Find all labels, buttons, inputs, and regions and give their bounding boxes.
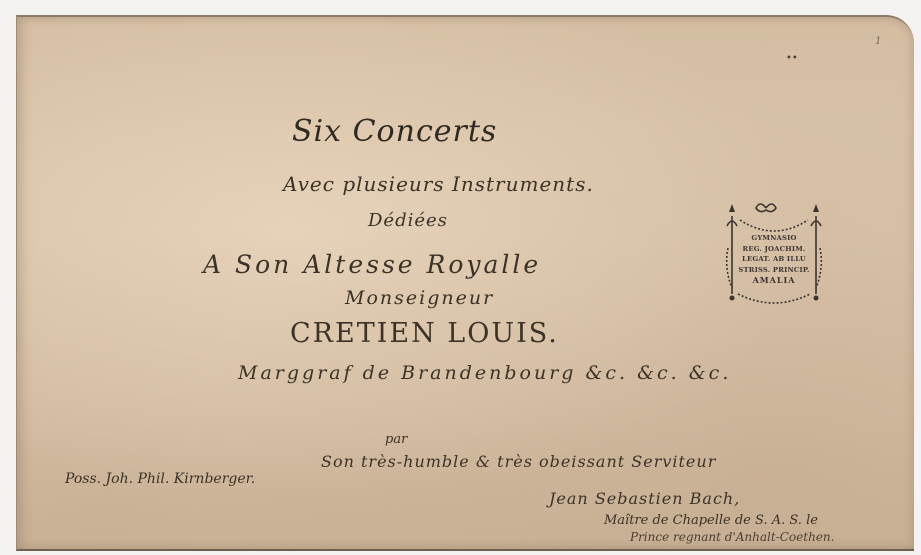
stamp-line: GYMNASIO [738, 233, 810, 244]
library-stamp: GYMNASIO REG. JOACHIM. LEGAT. AB ILLU ST… [718, 198, 830, 310]
stamp-text: GYMNASIO REG. JOACHIM. LEGAT. AB ILLU ST… [738, 233, 810, 286]
par-word: par [385, 432, 407, 447]
title-line: Six Concerts [292, 114, 497, 149]
signature-title-1: Maître de Chapelle de S. A. S. le [604, 513, 818, 528]
signature-title-2: Prince regnant d'Anhalt-Coethen. [630, 530, 834, 544]
address-line: A Son Altesse Royalle [203, 250, 541, 279]
folio-number: 1 [875, 36, 881, 47]
composer-signature: Jean Sebastien Bach, [549, 489, 740, 508]
servant-line: Son très-humble & très obeissant Servite… [321, 452, 716, 471]
stamp-line: AMALIA [738, 275, 810, 286]
dedicatee-name: CRETIEN LOUIS. [290, 318, 559, 349]
dedicatee-title: Marggraf de Brandenbourg &c. &c. &c. [238, 362, 731, 384]
stamp-line: REG. JOACHIM. [738, 244, 810, 255]
dedication-word: Dédiées [368, 210, 448, 231]
subtitle-line: Avec plusieurs Instruments. [283, 172, 594, 196]
corner-mark: •• [786, 53, 798, 64]
stamp-line: LEGAT. AB ILLU [738, 254, 810, 265]
honorific: Monseigneur [345, 287, 494, 309]
provenance-note: Poss. Joh. Phil. Kirnberger. [65, 471, 255, 487]
stamp-line: STRISS. PRINCIP. [738, 265, 810, 276]
